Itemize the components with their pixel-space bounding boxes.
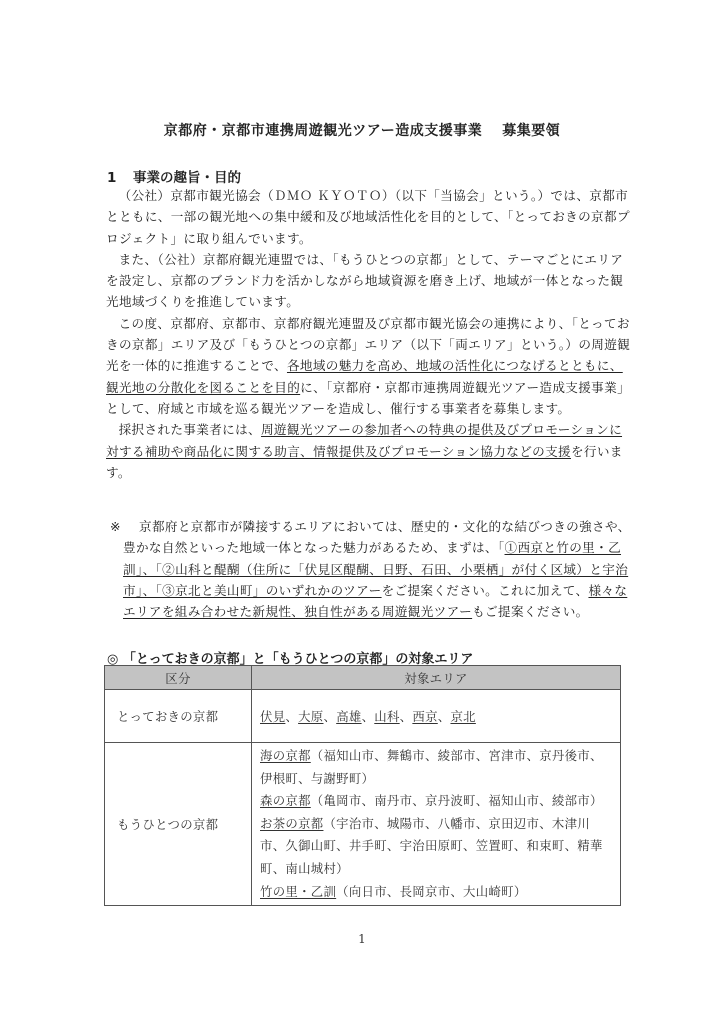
- section-1-body: （公社）京都市観光協会（ＤＭＯ ＫＹＯＴＯ）（以下「当協会」という。）では、京都…: [106, 185, 632, 483]
- area-name: 西京: [412, 709, 437, 724]
- table-header-row: 区分 対象エリア: [105, 666, 621, 690]
- document-title: 京都府・京都市連携周遊観光ツアー造成支援事業募集要領: [0, 120, 724, 140]
- area-name: 大原: [298, 709, 323, 724]
- title-main: 京都府・京都市連携周遊観光ツアー造成支援事業: [164, 123, 483, 139]
- separator: 、: [323, 709, 336, 724]
- paragraph-4-text: 採択された事業者には、: [119, 422, 261, 437]
- paragraph-3: この度、京都府、京都市、京都府観光連盟及び京都市観光協会の連携により、「とってお…: [106, 313, 632, 419]
- row-areas: 海の京都（福知山市、舞鶴市、綾部市、宮津市、京丹後市、伊根町、与謝野町） 森の京…: [252, 743, 621, 906]
- note-text: 京都府と京都市が隣接するエリアにおいては、歴史的・文化的な結びつきの強さや、豊か…: [123, 516, 632, 622]
- area-name: お茶の京都: [260, 816, 323, 831]
- area-detail: （向日市、長岡京市、大山崎町）: [336, 884, 526, 899]
- note-text-b: をご提案ください。これに加えて、: [382, 583, 589, 598]
- target-area-table: 区分 対象エリア とっておきの京都 伏見、大原、高雄、山科、西京、京北 もうひと…: [104, 665, 621, 906]
- area-entry: お茶の京都（宇治市、城陽市、八幡市、京田辺市、木津川市、久御山町、井手町、宇治田…: [260, 813, 612, 881]
- area-name: 山科: [374, 709, 399, 724]
- paragraph-4: 採択された事業者には、周遊観光ツアーの参加者への特典の提供及びプロモーションに対…: [106, 419, 632, 483]
- separator: 、: [400, 709, 413, 724]
- separator: 、: [285, 709, 298, 724]
- table-row: とっておきの京都 伏見、大原、高雄、山科、西京、京北: [105, 690, 621, 743]
- note-mark: ※: [110, 516, 121, 537]
- row-areas: 伏見、大原、高雄、山科、西京、京北: [252, 690, 621, 743]
- area-detail: （亀岡市、南丹市、京丹波町、福知山市、綾部市）: [311, 793, 603, 808]
- note-block: ※ 京都府と京都市が隣接するエリアにおいては、歴史的・文化的な結びつきの強さや、…: [106, 516, 632, 622]
- area-entry: 森の京都（亀岡市、南丹市、京丹波町、福知山市、綾部市）: [260, 790, 612, 813]
- area-name: 京北: [450, 709, 475, 724]
- section-number: 1: [107, 170, 133, 186]
- area-name: 海の京都: [260, 748, 311, 763]
- separator: 、: [438, 709, 451, 724]
- page-number: 1: [0, 932, 724, 946]
- row-category: とっておきの京都: [105, 690, 252, 743]
- paragraph-1: （公社）京都市観光協会（ＤＭＯ ＫＹＯＴＯ）（以下「当協会」という。）では、京都…: [106, 185, 632, 249]
- document-page: 京都府・京都市連携周遊観光ツアー造成支援事業募集要領 1事業の趣旨・目的 （公社…: [0, 0, 724, 1024]
- note-text-c: もご提案ください。: [472, 604, 589, 619]
- separator: 、: [362, 709, 375, 724]
- area-name: 竹の里・乙訓: [260, 884, 336, 899]
- area-detail: （福知山市、舞鶴市、綾部市、宮津市、京丹後市、伊根町、与謝野町）: [260, 748, 603, 786]
- area-entry: 海の京都（福知山市、舞鶴市、綾部市、宮津市、京丹後市、伊根町、与謝野町）: [260, 745, 612, 790]
- header-area: 対象エリア: [252, 666, 621, 690]
- area-entry: 竹の里・乙訓（向日市、長岡京市、大山崎町）: [260, 881, 612, 904]
- section-heading-text: 事業の趣旨・目的: [133, 170, 241, 186]
- paragraph-2: また、（公社）京都府観光連盟では、「もうひとつの京都」として、テーマごとにエリア…: [106, 249, 632, 313]
- table-row: もうひとつの京都 海の京都（福知山市、舞鶴市、綾部市、宮津市、京丹後市、伊根町、…: [105, 743, 621, 906]
- row-category: もうひとつの京都: [105, 743, 252, 906]
- area-name: 森の京都: [260, 793, 311, 808]
- section-1-heading: 1事業の趣旨・目的: [107, 166, 241, 186]
- area-name: 高雄: [336, 709, 361, 724]
- area-name: 伏見: [260, 709, 285, 724]
- title-sub: 募集要領: [502, 123, 560, 139]
- header-category: 区分: [105, 666, 252, 690]
